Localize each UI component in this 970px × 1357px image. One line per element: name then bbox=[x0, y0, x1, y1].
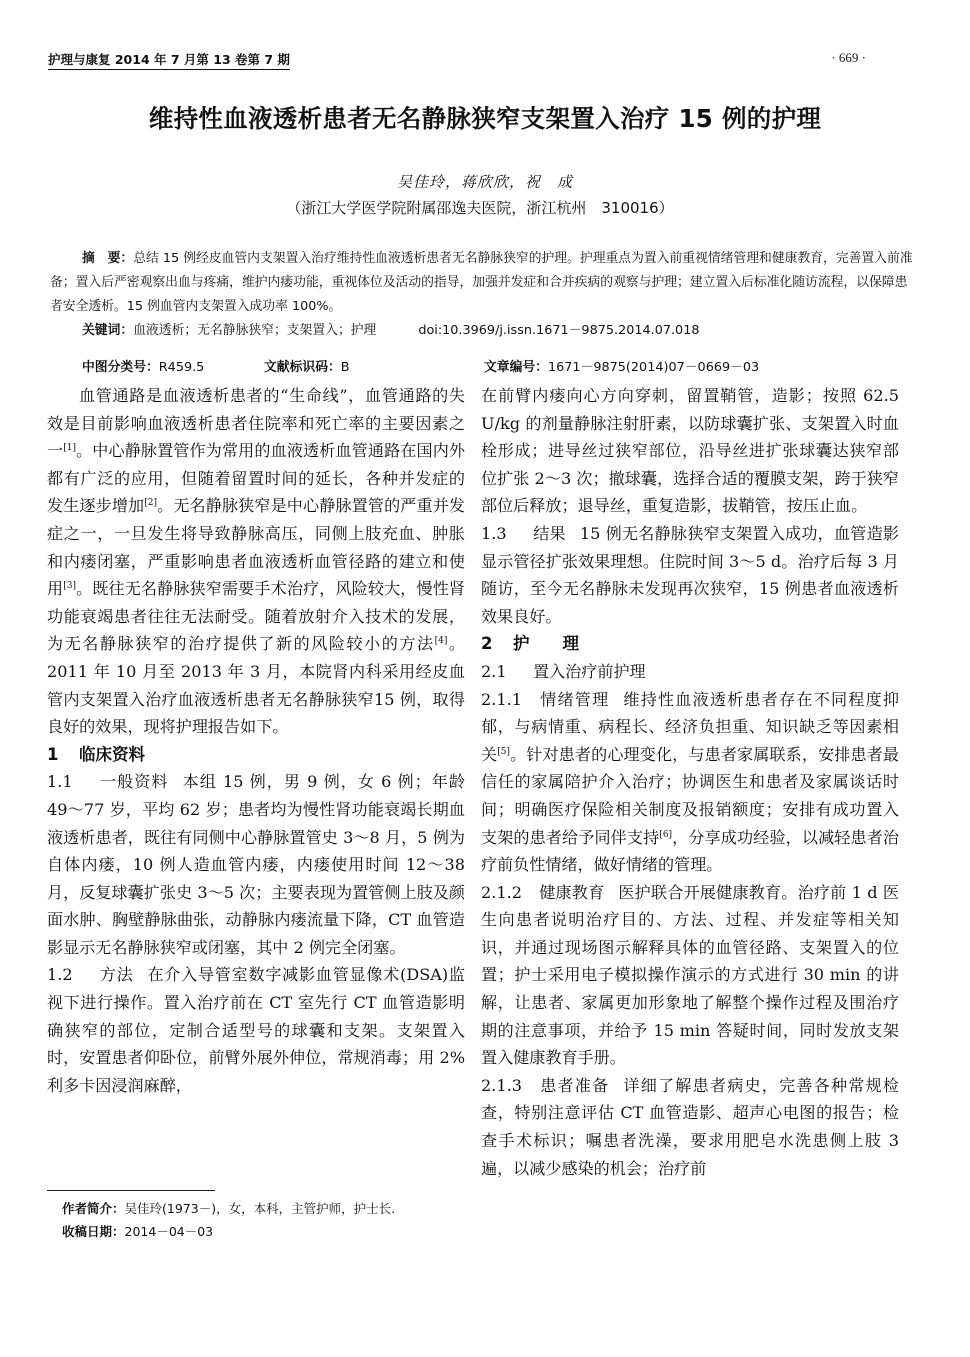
subsection-text: 在介入导管室数字减影血管显像术(DSA)监视下进行操作。置入治疗前在 CT 室先… bbox=[47, 965, 465, 1094]
received-date: 收稿日期：2014－04－03 bbox=[62, 1220, 395, 1243]
subsection-number: 2.1.3 bbox=[481, 1072, 539, 1100]
journal-running-head: 护理与康复 2014 年 7 月第 13 卷第 7 期 bbox=[48, 50, 290, 70]
page-number: · 669 · bbox=[831, 50, 866, 66]
footnote-divider bbox=[47, 1190, 215, 1191]
subsection-title: 患者准备 bbox=[539, 1076, 609, 1095]
clc-label: 中图分类号： bbox=[82, 360, 159, 375]
document-code: 文献标识码：B bbox=[264, 356, 350, 375]
doc-code-label: 文献标识码： bbox=[264, 360, 341, 375]
intro-paragraph: 血管通路是血液透析患者的“生命线”，血管通路的失效是目前影响血液透析患者住院率和… bbox=[47, 382, 465, 741]
keywords: 血液透析；无名静脉狭窄；支架置入；护理 bbox=[133, 323, 376, 338]
subsection-title: 一般资料 bbox=[99, 772, 169, 791]
subsection-number: 2.1 bbox=[481, 658, 533, 686]
subsection-number: 2.1.1 bbox=[481, 686, 539, 714]
doi: doi:10.3969/j.issn.1671－9875.2014.07.018 bbox=[418, 323, 699, 338]
section-2-1-1: 2.1.1情绪管理维持性血液透析患者存在不同程度抑郁，与病情重、病程长、经济负担… bbox=[481, 686, 899, 879]
footnotes: 作者简介：吴佳玲(1973－)，女，本科，主管护师，护士长. 收稿日期：2014… bbox=[62, 1197, 395, 1243]
citation-5: [5] bbox=[497, 747, 510, 757]
section-1-2-continued: 在前臂内瘘向心方向穿刺，留置鞘管，造影；按照 62.5 U/kg 的剂量静脉注射… bbox=[481, 382, 899, 520]
subsection-title: 结果 bbox=[533, 524, 566, 543]
subsection-title: 置入治疗前护理 bbox=[533, 662, 646, 681]
citation-4: [4] bbox=[435, 636, 448, 646]
received-date-value: 2014－04－03 bbox=[125, 1224, 214, 1239]
citation-1: [1] bbox=[63, 443, 76, 453]
clc-value: R459.5 bbox=[159, 360, 205, 375]
section-title: 护 理 bbox=[513, 634, 579, 653]
intro-text-4: 。既往无名静脉狭窄需要手术治疗，风险较大，慢性肾功能衰竭患者往往无法耐受。随着放… bbox=[47, 579, 465, 653]
keywords-line: 关键词：血液透析；无名静脉狭窄；支架置入；护理doi:10.3969/j.iss… bbox=[50, 319, 914, 343]
abstract-block: 摘 要：总结 15 例经皮血管内支架置入治疗维持性血液透析患者无名静脉狭窄的护理… bbox=[50, 247, 914, 343]
subsection-title: 方法 bbox=[99, 965, 133, 984]
article-no-value: 1671－9875(2014)07－0669－03 bbox=[548, 360, 759, 375]
author-bio-text: 吴佳玲(1973－)，女，本科，主管护师，护士长. bbox=[125, 1201, 396, 1216]
left-column: 血管通路是血液透析患者的“生命线”，血管通路的失效是目前影响血液透析患者住院率和… bbox=[47, 382, 465, 1099]
section-number: 1 bbox=[47, 741, 79, 769]
received-date-label: 收稿日期： bbox=[62, 1224, 125, 1239]
clc-number: 中图分类号：R459.5 bbox=[82, 356, 204, 375]
section-1-heading: 1临床资料 bbox=[47, 741, 465, 769]
abstract-text: 总结 15 例经皮血管内支架置入治疗维持性血液透析患者无名静脉狭窄的护理。护理重… bbox=[50, 251, 913, 314]
section-2-1-2: 2.1.2健康教育医护联合开展健康教育。治疗前 1 d 医生向患者说明治疗目的、… bbox=[481, 879, 899, 1072]
article-number: 文章编号：1671－9875(2014)07－0669－03 bbox=[484, 356, 759, 375]
subsection-text: 本组 15 例，男 9 例，女 6 例；年龄 49～77 岁，平均 62 岁；患… bbox=[47, 772, 465, 957]
right-column: 在前臂内瘘向心方向穿刺，留置鞘管，造影；按照 62.5 U/kg 的剂量静脉注射… bbox=[481, 382, 899, 1182]
section-title: 临床资料 bbox=[79, 745, 145, 764]
article-no-label: 文章编号： bbox=[484, 360, 548, 375]
subsection-number: 2.1.2 bbox=[481, 879, 539, 907]
section-2-heading: 2护 理 bbox=[481, 630, 899, 658]
citation-2: [2] bbox=[144, 498, 157, 508]
author-bio-label: 作者简介： bbox=[62, 1201, 125, 1216]
subsection-number: 1.3 bbox=[481, 520, 533, 548]
subsection-title: 健康教育 bbox=[539, 883, 604, 902]
subsection-number: 1.2 bbox=[47, 961, 99, 989]
abstract: 摘 要：总结 15 例经皮血管内支架置入治疗维持性血液透析患者无名静脉狭窄的护理… bbox=[50, 247, 914, 319]
doc-code-value: B bbox=[341, 360, 350, 375]
keywords-label: 关键词： bbox=[82, 323, 133, 338]
section-number: 2 bbox=[481, 630, 513, 658]
abstract-label: 摘 要： bbox=[82, 251, 133, 266]
section-1-2: 1.2方法在介入导管室数字减影血管显像术(DSA)监视下进行操作。置入治疗前在 … bbox=[47, 961, 465, 1099]
article-authors: 吴佳玲，蒋欣欣，祝 成 bbox=[0, 171, 970, 192]
section-2-1-3: 2.1.3患者准备详细了解患者病史，完善各种常规检查，特别注意评估 CT 血管造… bbox=[481, 1072, 899, 1182]
article-title: 维持性血液透析患者无名静脉狭窄支架置入治疗 15 例的护理 bbox=[0, 100, 970, 135]
author-affiliation: （浙江大学医学院附属邵逸夫医院，浙江杭州 310016） bbox=[0, 197, 960, 218]
citation-3: [3] bbox=[63, 581, 76, 591]
section-1-1: 1.1一般资料本组 15 例，男 9 例，女 6 例；年龄 49～77 岁，平均… bbox=[47, 768, 465, 961]
section-2-1-heading: 2.1置入治疗前护理 bbox=[481, 658, 899, 686]
section-1-3: 1.3结果15 例无名静脉狭窄支架置入成功，血管造影显示管径扩张效果理想。住院时… bbox=[481, 520, 899, 630]
subsection-text: 医护联合开展健康教育。治疗前 1 d 医生向患者说明治疗目的、方法、过程、并发症… bbox=[481, 883, 899, 1068]
author-bio: 作者简介：吴佳玲(1973－)，女，本科，主管护师，护士长. bbox=[62, 1197, 395, 1220]
subsection-number: 1.1 bbox=[47, 768, 99, 796]
subsection-title: 情绪管理 bbox=[539, 690, 609, 709]
citation-6: [6] bbox=[659, 830, 672, 840]
